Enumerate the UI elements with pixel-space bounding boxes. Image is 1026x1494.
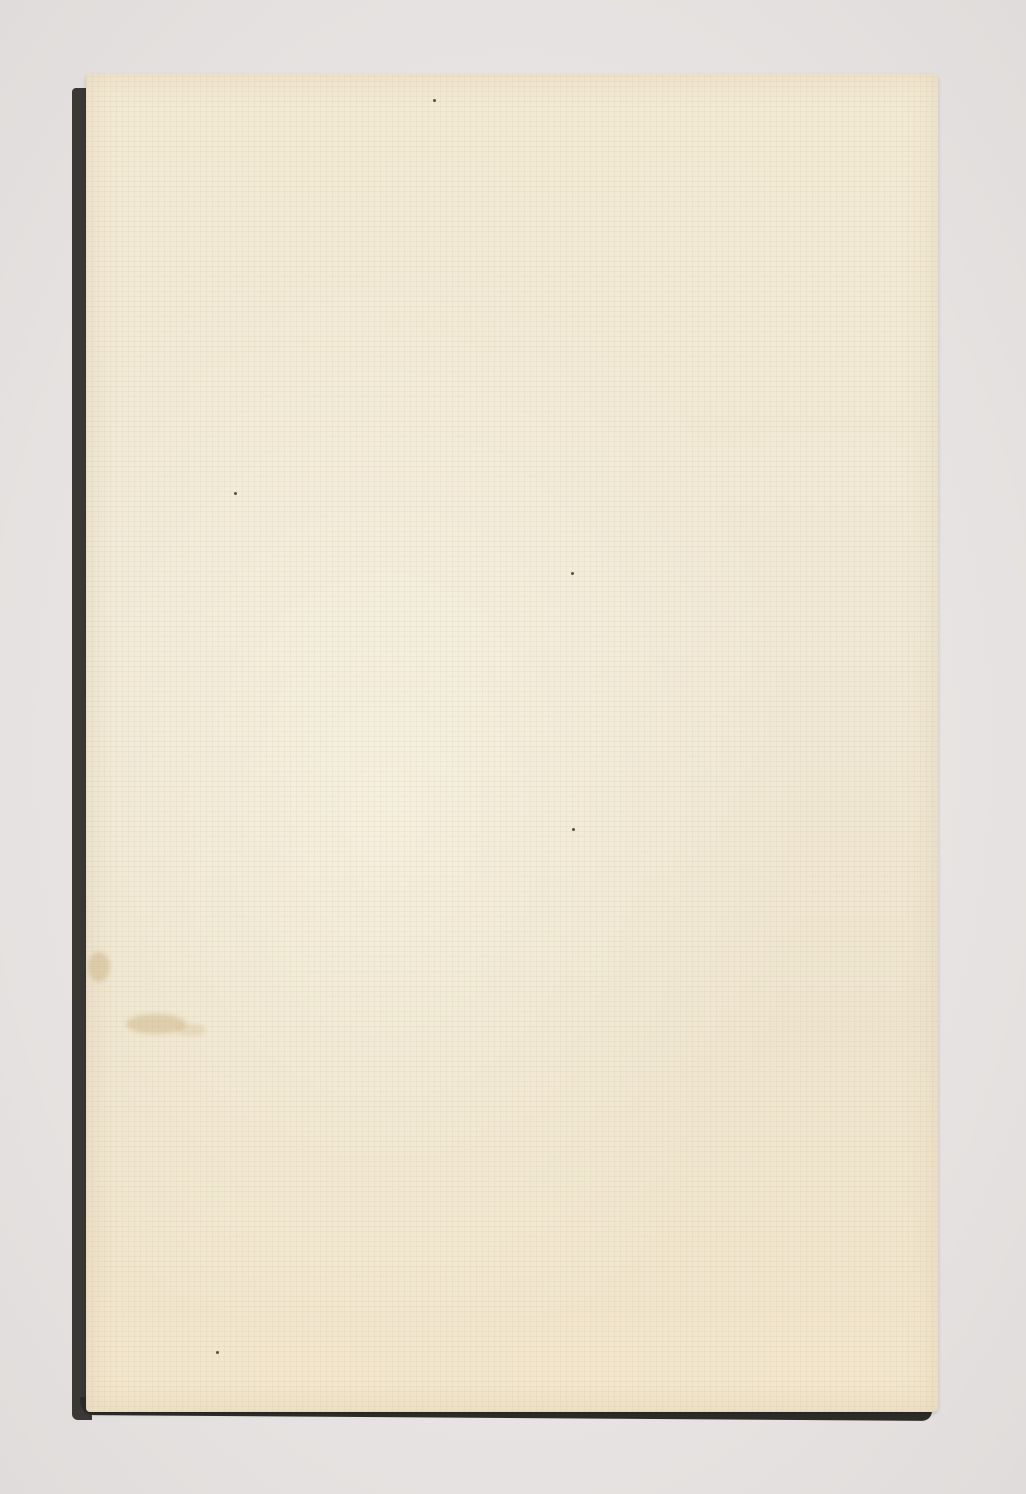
speck <box>234 492 237 495</box>
stain-mark <box>176 1024 206 1036</box>
stain-mark <box>88 952 110 982</box>
speck <box>433 99 436 102</box>
speck <box>216 1351 219 1354</box>
speck <box>571 572 574 575</box>
book-back-cover: Back cover of a blank linen-textured cre… <box>86 74 938 1412</box>
speck <box>572 828 575 831</box>
scene-description: Back cover of a blank linen-textured cre… <box>86 74 87 75</box>
